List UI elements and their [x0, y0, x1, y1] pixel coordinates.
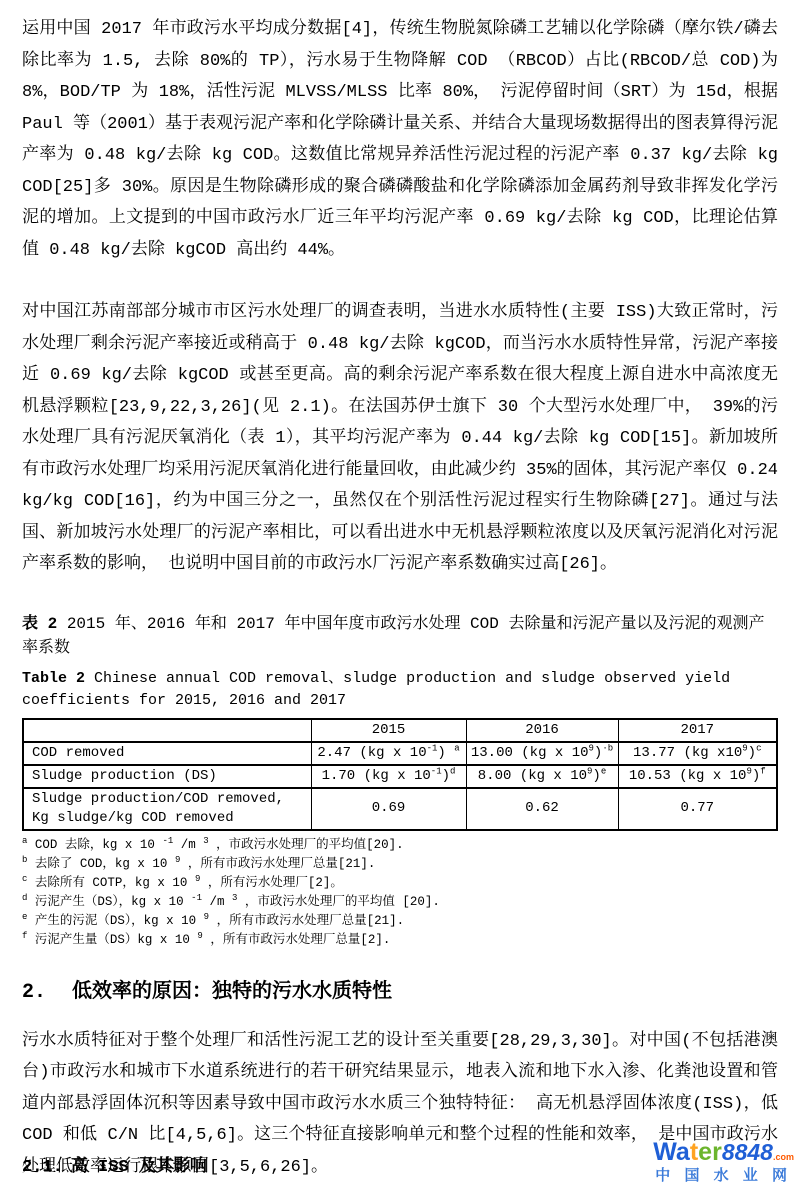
- table-header-2017: 2017: [618, 719, 777, 742]
- footnote-e: e 产生的污泥（DS），kg x 10 9 ，所有市政污水处理厂总量[21].: [22, 912, 778, 931]
- document-page: 运用中国 2017 年市政污水平均成分数据[4]，传统生物脱氮除磷工艺辅以化学除…: [0, 0, 800, 1191]
- table-cell: 13.77 (kg x109)c: [618, 742, 777, 765]
- subsection-title: 高 ISS 及其影响: [71, 1158, 207, 1177]
- section-title: 低效率的原因：独特的污水水质特性: [72, 981, 392, 1004]
- table-caption-zh: 表 2 2015 年、2016 年和 2017 年中国年度市政污水处理 COD …: [22, 612, 778, 660]
- footnote-f: f 污泥产生量（DS）kg x 10 9 ，所有市政污水处理厂总量[2].: [22, 931, 778, 950]
- table-header-2015: 2015: [311, 719, 466, 742]
- table-cell: 10.53 (kg x 109)f: [618, 765, 777, 788]
- table-caption-zh-text: 2015 年、2016 年和 2017 年中国年度市政污水处理 COD 去除量和…: [22, 615, 764, 657]
- table-row: Sludge production (DS) 1.70 (kg x 10-1)d…: [23, 765, 777, 788]
- table-cell: 1.70 (kg x 10-1)d: [311, 765, 466, 788]
- logo-seg-com: .com: [773, 1152, 794, 1162]
- footnote-c: c 去除所有 COTP，kg x 10 9 ，所有污水处理厂[2]。: [22, 874, 778, 893]
- table-footnotes: a COD 去除，kg x 10 -1 /m 3 ，市政污水处理厂的平均值[20…: [22, 836, 778, 950]
- logo-seg-er: er: [698, 1138, 722, 1166]
- paragraph-2: 对中国江苏南部部分城市市区污水处理厂的调查表明，当进水水质特性(主要 ISS)大…: [22, 297, 778, 581]
- table-header-empty: [23, 719, 311, 742]
- row-label: COD removed: [23, 742, 311, 765]
- row-label: Sludge production (DS): [23, 765, 311, 788]
- water8848-wordmark: Water8848.com: [653, 1140, 794, 1165]
- table-row: COD removed 2.47 (kg x 10-1) a 13.00 (kg…: [23, 742, 777, 765]
- water8848-logo[interactable]: Water8848.com 中 国 水 业 网: [653, 1140, 794, 1183]
- footnote-b: b 去除了 COD，kg x 10 9 ，所有市政污水处理厂总量[21].: [22, 855, 778, 874]
- table-caption-zh-label: 表 2: [22, 615, 57, 633]
- footnote-a: a COD 去除，kg x 10 -1 /m 3 ，市政污水处理厂的平均值[20…: [22, 836, 778, 855]
- subsection-number: 2.1.: [22, 1158, 63, 1177]
- logo-seg-t: t: [690, 1138, 698, 1166]
- table-cell: 0.69: [311, 788, 466, 830]
- table-caption-en: Table 2 Chinese annual COD removal、sludg…: [22, 668, 778, 712]
- table-caption-en-label: Table 2: [22, 670, 85, 687]
- section-number: 2.: [22, 981, 46, 1004]
- table-row: Sludge production/COD removed, Kg sludge…: [23, 788, 777, 830]
- paragraph-1: 运用中国 2017 年市政污水平均成分数据[4]，传统生物脱氮除磷工艺辅以化学除…: [22, 14, 778, 266]
- table-cell: 8.00 (kg x 109)e: [466, 765, 618, 788]
- subsection-heading: 2.1.高 ISS 及其影响: [22, 1151, 207, 1177]
- table-caption-en-text: Chinese annual COD removal、sludge produc…: [22, 670, 730, 709]
- logo-seg-8848: 8848: [722, 1139, 773, 1165]
- table-cell: 2.47 (kg x 10-1) a: [311, 742, 466, 765]
- section-heading: 2.低效率的原因：独特的污水水质特性: [22, 980, 778, 1006]
- logo-seg-wa: Wa: [653, 1138, 690, 1166]
- table-header-row: 2015 2016 2017: [23, 719, 777, 742]
- table-cell: 0.62: [466, 788, 618, 830]
- logo-tagline: 中 国 水 业 网: [653, 1168, 794, 1183]
- footnote-d: d 污泥产生（DS），kg x 10 -1 /m 3 ，市政污水处理厂的平均值 …: [22, 893, 778, 912]
- table-header-2016: 2016: [466, 719, 618, 742]
- data-table: 2015 2016 2017 COD removed 2.47 (kg x 10…: [22, 718, 778, 831]
- table-cell: 0.77: [618, 788, 777, 830]
- row-label: Sludge production/COD removed, Kg sludge…: [23, 788, 311, 830]
- table-cell: 13.00 (kg x 109)·b: [466, 742, 618, 765]
